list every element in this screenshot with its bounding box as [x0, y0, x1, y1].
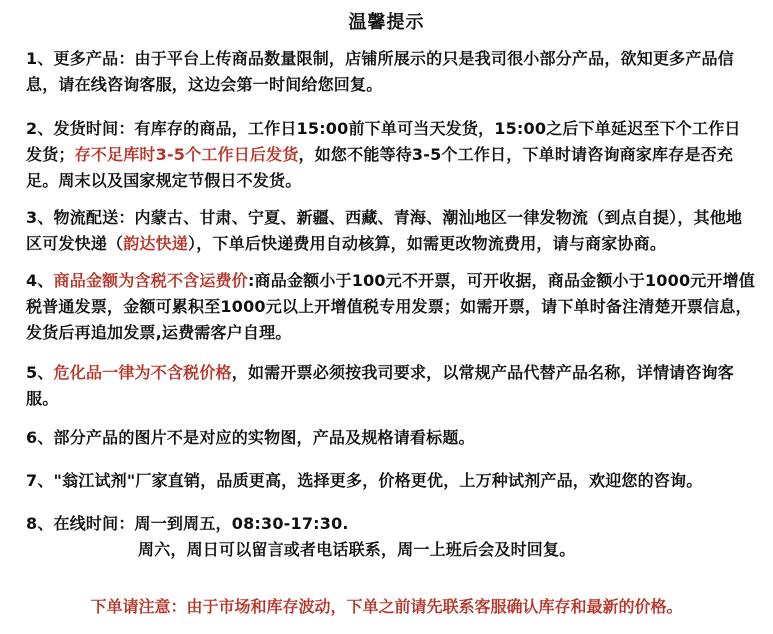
online-hours-weekend: 周六，周日可以留言或者电话联系，周一上班后会及时回复。 — [26, 537, 756, 563]
item-text: 5、 — [26, 363, 54, 382]
item-text: 4、 — [26, 271, 54, 290]
online-hours: 8、在线时间：周一到周五，08:30-17:30. 周六，周日可以留言或者电话联… — [26, 511, 756, 563]
notice-item-5: 5、危化品一律为不含税价格，如需开票必须按我司要求，以常规产品代替产品名称，详情… — [26, 360, 756, 412]
notice-item-7: 7、"翁江试剂"厂家直销，品质更高，选择更多，价格更优，上万种试剂产品，欢迎您的… — [26, 468, 756, 494]
item-highlight: 商品金额为含税不含运费价 — [54, 271, 248, 290]
notice-item-6: 6、部分产品的图片不是对应的实物图，产品及规格请看标题。 — [26, 425, 756, 451]
item-highlight: 危化品一律为不含税价格 — [54, 363, 232, 382]
online-hours-weekday: 8、在线时间：周一到周五，08:30-17:30. — [26, 511, 756, 537]
item-text: 7、"翁江试剂"厂家直销，品质更高，选择更多，价格更优，上万种试剂产品，欢迎您的… — [26, 471, 702, 490]
notice-item-4: 4、商品金额为含税不含运费价:商品金额小于100元不开票，可开收据，商品金额小于… — [26, 268, 756, 346]
page-title: 温馨提示 — [0, 8, 773, 34]
order-notice: 下单请注意：由于市场和库存波动，下单之前请先联系客服确认库存和最新的价格。 — [0, 594, 773, 617]
notice-item-2: 2、发货时间：有库存的商品，工作日15:00前下单可当天发货，15:00之后下单… — [26, 116, 756, 194]
item-text-suffix: ），下单后快递费用自动核算，如需更改物流费用，请与商家协商。 — [188, 234, 666, 253]
notice-item-3: 3、物流配送：内蒙古、甘肃、宁夏、新疆、西藏、青海、潮汕地区一律发物流（到点自提… — [26, 205, 756, 257]
notice-item-1: 1、更多产品：由于平台上传商品数量限制，店铺所展示的只是我司很小部分产品，欲知更… — [26, 46, 756, 98]
item-text: 6、部分产品的图片不是对应的实物图，产品及规格请看标题。 — [26, 428, 475, 447]
item-highlight: 存不足库时3-5个工作日后发货 — [75, 145, 299, 164]
item-highlight: 韵达快递 — [123, 234, 188, 253]
item-text: 1、更多产品：由于平台上传商品数量限制，店铺所展示的只是我司很小部分产品，欲知更… — [26, 49, 734, 94]
